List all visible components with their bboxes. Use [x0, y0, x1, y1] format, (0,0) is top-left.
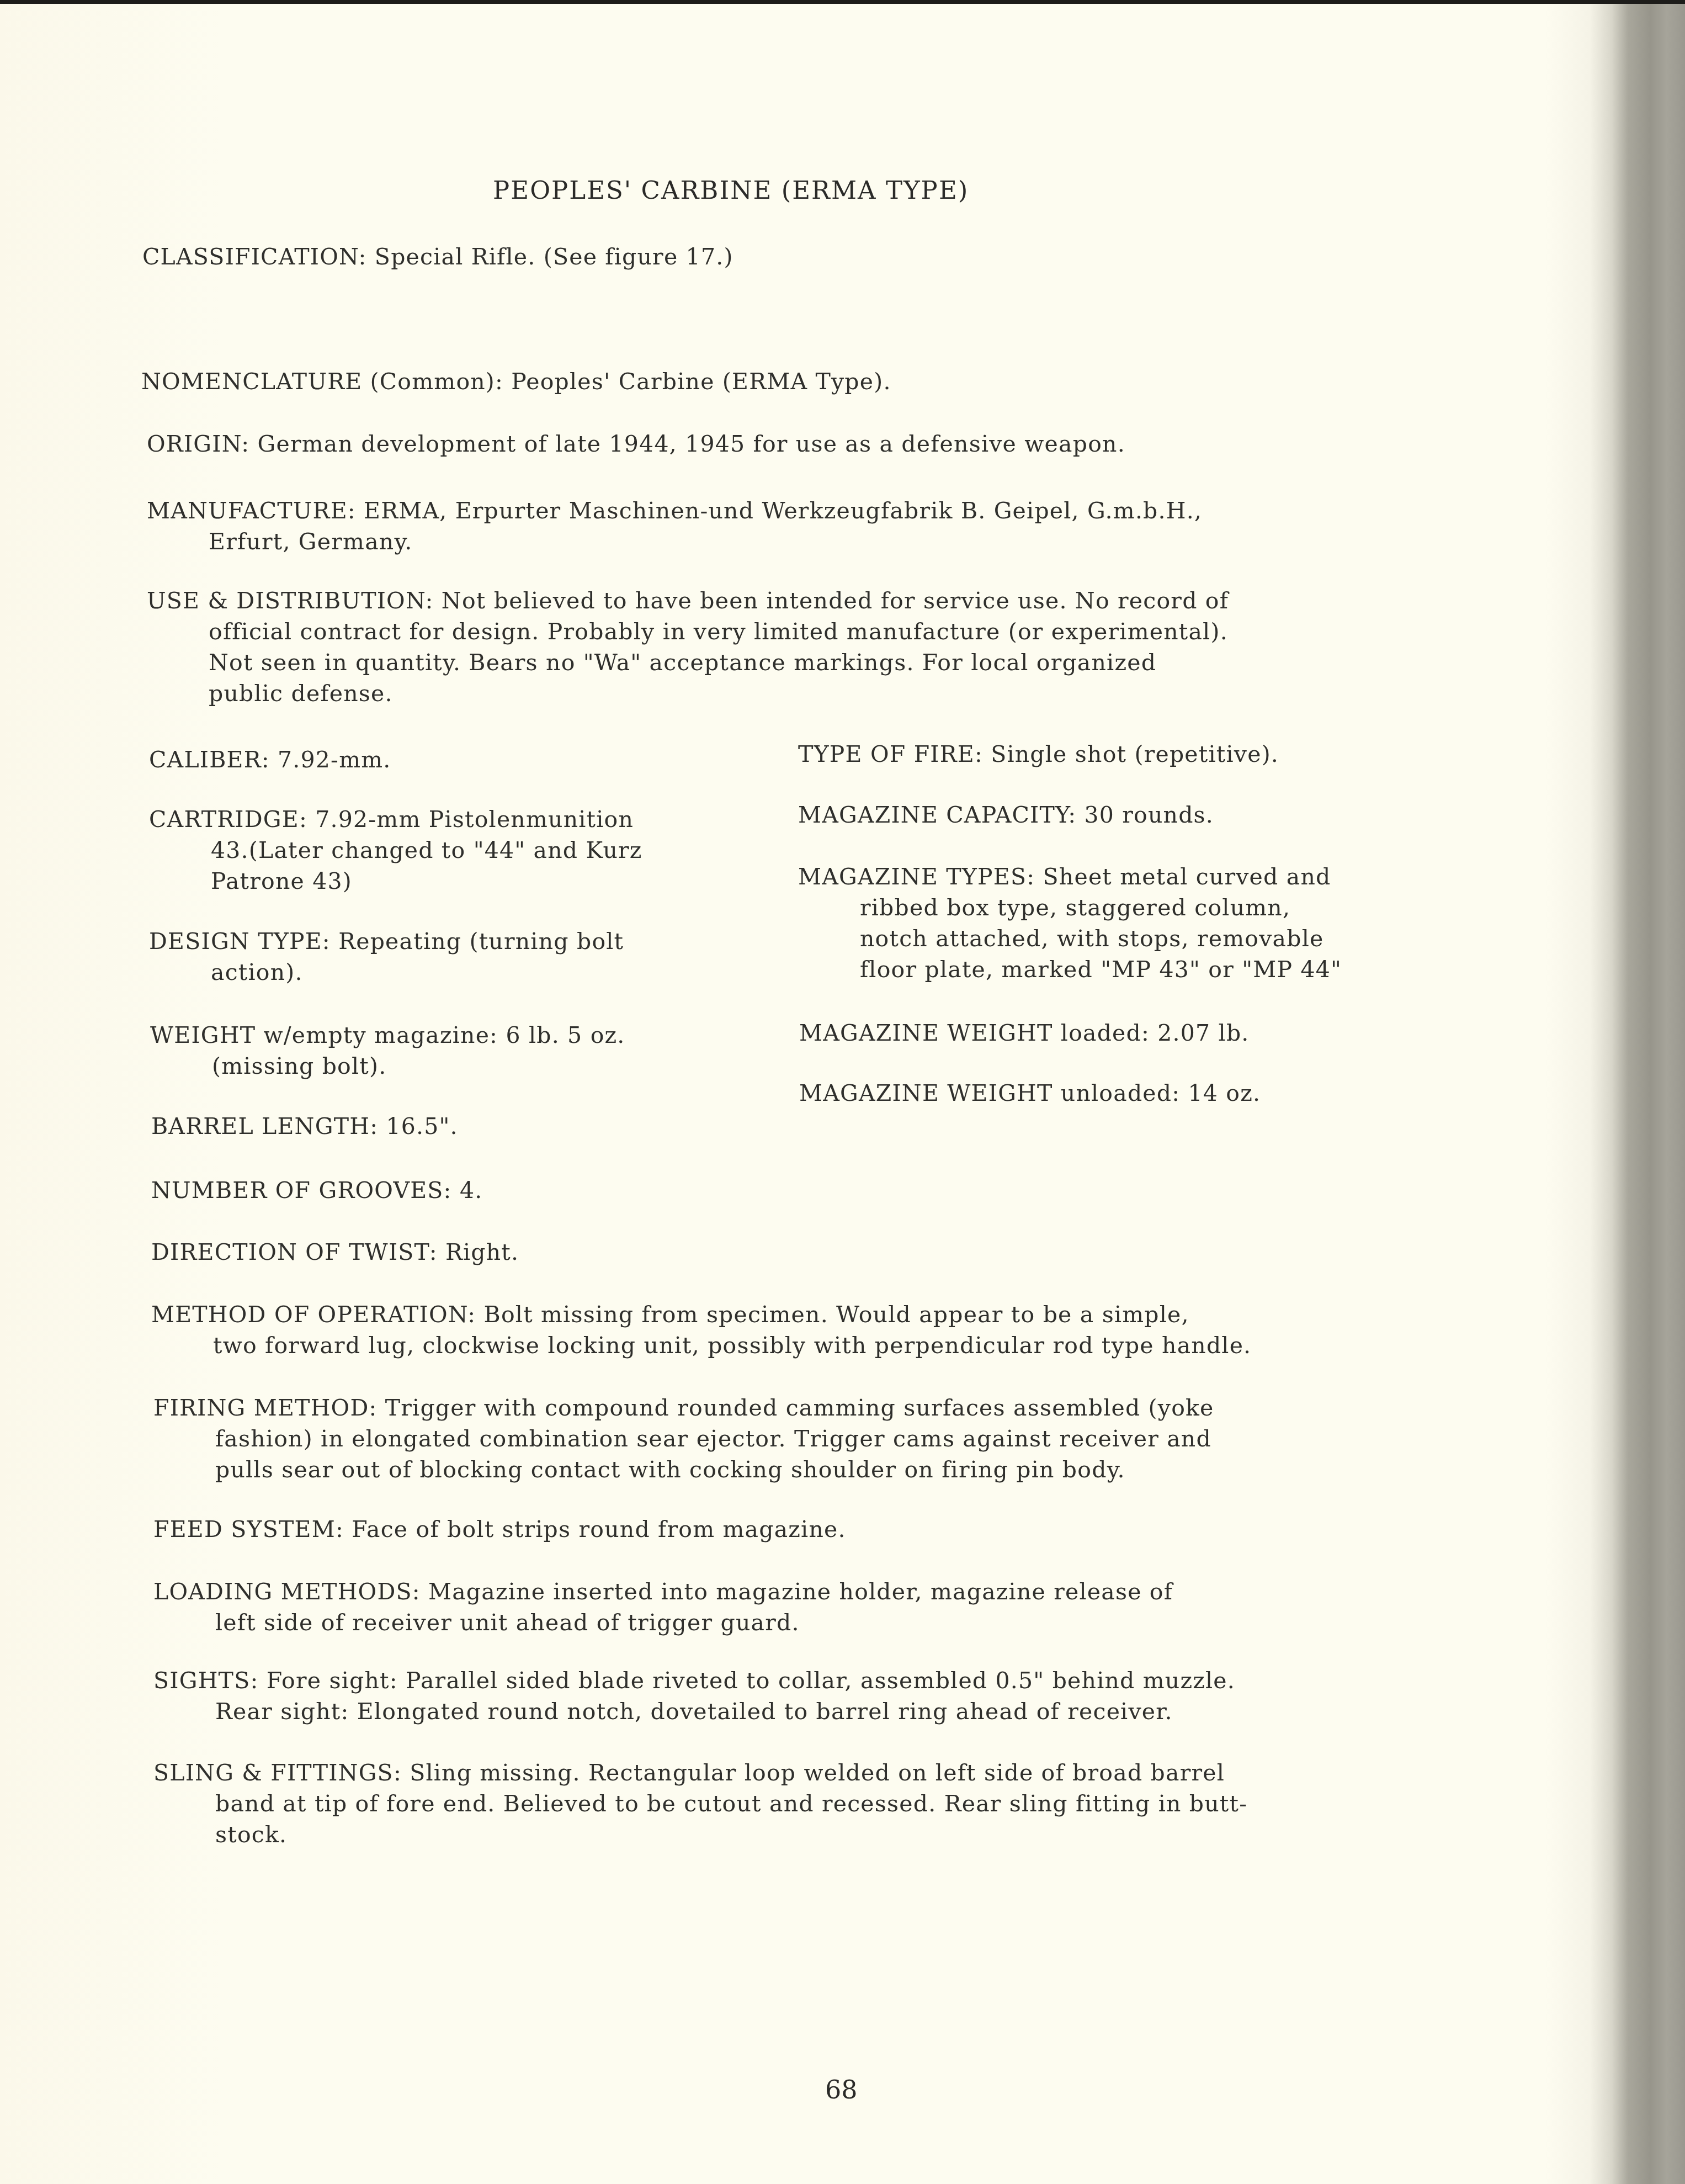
entry-value: Right.	[445, 1239, 519, 1265]
entry-nomenclature: NOMENCLATURE (Common): Peoples' Carbine …	[141, 366, 891, 397]
entry-number-of-grooves: NUMBER OF GROOVES: 4.	[151, 1175, 482, 1206]
entry-value: (missing bolt).	[212, 1053, 386, 1079]
entry-continuation-line: 43.(Later changed to "44" and Kurz	[149, 835, 642, 866]
entry-value: left side of receiver unit ahead of trig…	[215, 1609, 800, 1636]
entry-value: Peoples' Carbine (ERMA Type).	[511, 368, 891, 395]
entry-value: Rear sight: Elongated round notch, dovet…	[215, 1698, 1173, 1725]
entry-classification: CLASSIFICATION: Special Rifle. (See figu…	[142, 241, 733, 272]
entry-continuation-line: left side of receiver unit ahead of trig…	[153, 1607, 1173, 1638]
entry-design-type: DESIGN TYPE: Repeating (turning boltacti…	[149, 926, 624, 988]
entry-sling-fittings: SLING & FITTINGS: Sling missing. Rectang…	[153, 1757, 1247, 1850]
entry-first-line: LOADING METHODS: Magazine inserted into …	[153, 1576, 1173, 1607]
entry-value: Bolt missing from specimen. Would appear…	[484, 1301, 1189, 1328]
entry-first-line: SIGHTS: Fore sight: Parallel sided blade…	[153, 1665, 1235, 1696]
entry-value: public defense.	[209, 680, 393, 707]
entry-first-line: MAGAZINE WEIGHT unloaded: 14 oz.	[799, 1078, 1261, 1109]
entry-label: ORIGIN:	[147, 431, 249, 457]
entry-label: MANUFACTURE:	[147, 497, 356, 524]
entry-sights: SIGHTS: Fore sight: Parallel sided blade…	[153, 1665, 1235, 1727]
entry-value: German development of late 1944, 1945 fo…	[258, 431, 1125, 457]
entry-continuation-line: Erfurt, Germany.	[147, 526, 1202, 557]
entry-value: Sheet metal curved and	[1043, 863, 1331, 890]
entry-first-line: FEED SYSTEM: Face of bolt strips round f…	[153, 1514, 846, 1545]
entry-type-of-fire: TYPE OF FIRE: Single shot (repetitive).	[798, 739, 1279, 770]
entry-label: USE & DISTRIBUTION:	[147, 587, 434, 614]
entry-continuation-line: pulls sear out of blocking contact with …	[153, 1454, 1214, 1485]
entry-value: notch attached, with stops, removable	[860, 925, 1323, 952]
entry-continuation-line: fashion) in elongated combination sear e…	[153, 1423, 1214, 1454]
entry-value: Single shot (repetitive).	[991, 741, 1279, 767]
entry-value: floor plate, marked "MP 43" or "MP 44"	[860, 956, 1342, 983]
entry-first-line: DIRECTION OF TWIST: Right.	[151, 1237, 519, 1268]
entry-value: Magazine inserted into magazine holder, …	[428, 1578, 1173, 1605]
entry-first-line: MAGAZINE WEIGHT loaded: 2.07 lb.	[799, 1017, 1250, 1048]
entry-value: Trigger with compound rounded camming su…	[385, 1395, 1214, 1421]
entry-first-line: CLASSIFICATION: Special Rifle. (See figu…	[142, 241, 733, 272]
entry-label: MAGAZINE TYPES:	[798, 863, 1035, 890]
entry-continuation-line: Not seen in quantity. Bears no "Wa" acce…	[147, 647, 1229, 678]
entry-magazine-capacity: MAGAZINE CAPACITY: 30 rounds.	[798, 799, 1214, 830]
entry-label: SIGHTS:	[153, 1667, 258, 1694]
entry-value: 7.92-mm Pistolenmunition	[315, 806, 634, 833]
entry-caliber: CALIBER: 7.92-mm.	[149, 744, 391, 775]
entry-label: SLING & FITTINGS:	[153, 1759, 402, 1786]
entry-value: official contract for design. Probably i…	[209, 618, 1228, 645]
entry-value: ribbed box type, staggered column,	[860, 894, 1290, 921]
entry-first-line: BARREL LENGTH: 16.5".	[151, 1111, 458, 1142]
entry-first-line: FIRING METHOD: Trigger with compound rou…	[153, 1392, 1214, 1423]
entry-value: Erfurt, Germany.	[209, 528, 413, 555]
entry-first-line: MAGAZINE CAPACITY: 30 rounds.	[798, 799, 1214, 830]
entry-first-line: NOMENCLATURE (Common): Peoples' Carbine …	[141, 366, 891, 397]
entry-weight: WEIGHT w/empty magazine: 6 lb. 5 oz.(mis…	[150, 1020, 625, 1082]
entry-value: 6 lb. 5 oz.	[506, 1022, 625, 1048]
entry-label: MAGAZINE CAPACITY:	[798, 802, 1076, 828]
entry-value: fashion) in elongated combination sear e…	[215, 1425, 1211, 1452]
entry-continuation-line: Rear sight: Elongated round notch, dovet…	[153, 1696, 1235, 1727]
entry-label: DIRECTION OF TWIST:	[151, 1239, 438, 1265]
entry-label: FIRING METHOD:	[153, 1395, 377, 1421]
entry-origin: ORIGIN: German development of late 1944,…	[147, 428, 1125, 459]
entry-continuation-line: stock.	[153, 1819, 1247, 1850]
entry-continuation-line: band at tip of fore end. Believed to be …	[153, 1788, 1247, 1819]
entry-value: Fore sight: Parallel sided blade riveted…	[267, 1667, 1235, 1694]
entry-label: TYPE OF FIRE:	[798, 741, 983, 767]
entry-label: MAGAZINE WEIGHT unloaded:	[799, 1080, 1180, 1106]
entry-use-distribution: USE & DISTRIBUTION: Not believed to have…	[147, 585, 1229, 709]
entry-continuation-line: notch attached, with stops, removable	[798, 923, 1342, 954]
entry-first-line: USE & DISTRIBUTION: Not believed to have…	[147, 585, 1229, 616]
entry-continuation-line: two forward lug, clockwise locking unit,…	[151, 1330, 1251, 1361]
entry-label: MAGAZINE WEIGHT loaded:	[799, 1020, 1150, 1046]
entry-continuation-line: ribbed box type, staggered column,	[798, 892, 1342, 923]
entry-label: WEIGHT w/empty magazine:	[150, 1022, 498, 1048]
entry-value: band at tip of fore end. Believed to be …	[215, 1790, 1247, 1817]
entry-value: 30 rounds.	[1084, 802, 1214, 828]
entry-label: FEED SYSTEM:	[153, 1516, 344, 1542]
entry-value: Patrone 43)	[211, 868, 352, 894]
entry-label: CARTRIDGE:	[149, 806, 307, 833]
book-page: PEOPLES' CARBINE (ERMA TYPE) CLASSIFICAT…	[0, 0, 1685, 2184]
entry-label: METHOD OF OPERATION:	[151, 1301, 476, 1328]
entry-label: NUMBER OF GROOVES:	[151, 1177, 452, 1204]
entry-manufacture: MANUFACTURE: ERMA, Erpurter Maschinen-un…	[147, 495, 1202, 557]
entry-first-line: CARTRIDGE: 7.92-mm Pistolenmunition	[149, 804, 642, 835]
entry-value: 7.92-mm.	[278, 746, 391, 773]
entry-value: Not seen in quantity. Bears no "Wa" acce…	[209, 649, 1156, 676]
entry-label: BARREL LENGTH:	[151, 1113, 378, 1139]
entry-label: DESIGN TYPE:	[149, 928, 331, 955]
entry-value: Special Rifle. (See figure 17.)	[375, 243, 733, 270]
page-number: 68	[825, 2075, 858, 2105]
entry-cartridge: CARTRIDGE: 7.92-mm Pistolenmunition43.(L…	[149, 804, 642, 897]
entry-value: two forward lug, clockwise locking unit,…	[213, 1332, 1251, 1359]
entry-value: 2.07 lb.	[1157, 1020, 1249, 1046]
entry-label: NOMENCLATURE (Common):	[141, 368, 503, 395]
entry-value: ERMA, Erpurter Maschinen-und Werkzeugfab…	[364, 497, 1202, 524]
scan-top-edge	[0, 0, 1685, 4]
entry-value: 16.5".	[386, 1113, 458, 1139]
entry-continuation-line: action).	[149, 957, 624, 988]
entry-magazine-weight-unloaded: MAGAZINE WEIGHT unloaded: 14 oz.	[799, 1078, 1261, 1109]
entry-value: action).	[211, 959, 303, 985]
entry-first-line: SLING & FITTINGS: Sling missing. Rectang…	[153, 1757, 1247, 1788]
entry-firing-method: FIRING METHOD: Trigger with compound rou…	[153, 1392, 1214, 1485]
entry-continuation-line: public defense.	[147, 678, 1229, 709]
entry-first-line: WEIGHT w/empty magazine: 6 lb. 5 oz.	[150, 1020, 625, 1051]
entry-value: Repeating (turning bolt	[338, 928, 624, 955]
entry-first-line: CALIBER: 7.92-mm.	[149, 744, 391, 775]
entry-value: Face of bolt strips round from magazine.	[352, 1516, 846, 1542]
entry-direction-of-twist: DIRECTION OF TWIST: Right.	[151, 1237, 519, 1268]
entry-first-line: ORIGIN: German development of late 1944,…	[147, 428, 1125, 459]
entry-barrel-length: BARREL LENGTH: 16.5".	[151, 1111, 458, 1142]
entry-first-line: MAGAZINE TYPES: Sheet metal curved and	[798, 861, 1342, 892]
entry-first-line: METHOD OF OPERATION: Bolt missing from s…	[151, 1299, 1251, 1330]
entry-label: LOADING METHODS:	[153, 1578, 421, 1605]
entry-value: pulls sear out of blocking contact with …	[215, 1456, 1125, 1483]
entry-continuation-line: (missing bolt).	[150, 1051, 625, 1082]
entry-magazine-weight-loaded: MAGAZINE WEIGHT loaded: 2.07 lb.	[799, 1017, 1250, 1048]
entry-value: stock.	[215, 1821, 287, 1848]
entry-first-line: TYPE OF FIRE: Single shot (repetitive).	[798, 739, 1279, 770]
entry-first-line: NUMBER OF GROOVES: 4.	[151, 1175, 482, 1206]
entry-first-line: DESIGN TYPE: Repeating (turning bolt	[149, 926, 624, 957]
entry-first-line: MANUFACTURE: ERMA, Erpurter Maschinen-un…	[147, 495, 1202, 526]
entry-continuation-line: official contract for design. Probably i…	[147, 616, 1229, 647]
entry-method-of-operation: METHOD OF OPERATION: Bolt missing from s…	[151, 1299, 1251, 1361]
entry-value: 43.(Later changed to "44" and Kurz	[211, 837, 642, 863]
entry-value: 4.	[460, 1177, 483, 1204]
entry-continuation-line: floor plate, marked "MP 43" or "MP 44"	[798, 954, 1342, 985]
entry-label: CALIBER:	[149, 746, 270, 773]
entry-magazine-types: MAGAZINE TYPES: Sheet metal curved andri…	[798, 861, 1342, 985]
entry-value: 14 oz.	[1188, 1080, 1261, 1106]
entry-continuation-line: Patrone 43)	[149, 866, 642, 897]
entry-value: Not believed to have been intended for s…	[442, 587, 1229, 614]
entry-loading-methods: LOADING METHODS: Magazine inserted into …	[153, 1576, 1173, 1638]
entry-value: Sling missing. Rectangular loop welded o…	[410, 1759, 1225, 1786]
page-title: PEOPLES' CARBINE (ERMA TYPE)	[493, 176, 969, 205]
entry-feed-system: FEED SYSTEM: Face of bolt strips round f…	[153, 1514, 846, 1545]
entry-label: CLASSIFICATION:	[142, 243, 367, 270]
